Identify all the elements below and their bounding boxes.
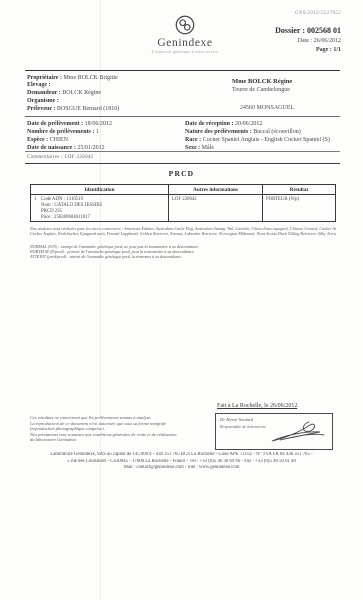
results-table-row: 1 Code ADN : 1310519 Nom : GATALO DES JE… xyxy=(31,195,335,221)
results-table-header: Identification Autres informations Résul… xyxy=(31,185,335,195)
owner-value: Mme BOLCK Brigitte xyxy=(63,75,117,81)
species-label: Espèce : xyxy=(27,137,48,143)
sampler-value: BOSGUE Bernard (1810) xyxy=(57,106,119,112)
footer-line1: Laboratoire Genindexe, SAS au capital de… xyxy=(0,452,363,457)
signature-box: Dr Hervé Soulard Responsable de laborato… xyxy=(215,413,333,450)
sampler-line: Préleveur : BOSGUE Bernard (1810) xyxy=(27,106,119,112)
organization-label: Organisme : xyxy=(27,98,59,104)
disclaimer-line3: (reproduction photographique comprise). xyxy=(30,426,105,431)
column-header-result: Résultat xyxy=(263,185,335,194)
header-divider xyxy=(25,70,340,71)
document-date: Date : 26/06/2012 xyxy=(298,38,341,44)
sample-nature-value: Buccal (écouvillon) xyxy=(253,129,300,135)
lof-id-note: Commentaires : LOF 226042 xyxy=(27,155,93,160)
kennel-label: Elevage : xyxy=(27,82,51,88)
row-number: 1 xyxy=(34,197,41,219)
sample-count-line: Nombre de prélèvements : 1 xyxy=(27,129,99,135)
results-divider xyxy=(25,163,340,164)
column-header-other-info: Autres informations xyxy=(169,185,263,194)
sample-count-value: 1 xyxy=(96,129,99,135)
identification-lines: Code ADN : 1310519 Nom : GATALO DES JESS… xyxy=(41,197,102,219)
sampling-date-label: Date de prélèvement : xyxy=(27,121,83,127)
section-divider xyxy=(25,116,340,117)
column-header-identification: Identification xyxy=(31,185,169,194)
breeds-note-line2: Cocker Anglais, Entlebucher, Epagneul na… xyxy=(30,231,336,236)
other-info-cell: LOF 226042 xyxy=(169,195,263,221)
identification-cell: 1 Code ADN : 1310519 Nom : GATALO DES JE… xyxy=(31,195,169,221)
page-number: Page : 1/1 xyxy=(316,47,341,53)
requester-label: Demandeur : xyxy=(27,90,61,96)
sampler-label: Préleveur : xyxy=(27,106,55,112)
breed-line: Race : Cocker Spaniel Anglais - English … xyxy=(185,137,330,143)
requester-value: BOLCK Régine xyxy=(62,90,101,96)
breed-value: Cocker Spaniel Anglais - English Cocker … xyxy=(203,137,330,143)
owner-label: Propriétaire : xyxy=(27,75,62,81)
legend-affected: ATTEINT (prcd/prcd) : atteint de l'anoma… xyxy=(30,254,350,259)
scan-reference: GNS/2012/2527952 xyxy=(295,11,341,16)
microchip-number: Puce : 250269604611817 xyxy=(41,215,102,221)
disclaimer-line5: du laboratoire Genindexe. xyxy=(30,437,77,442)
signatory-name: Dr Hervé Soulard xyxy=(220,417,253,422)
logo-circle-icon xyxy=(174,14,196,36)
genindexe-logo: Genindexe L'expertise génétique à votre … xyxy=(138,14,232,54)
lab-report-page: GNS/2012/2527952 Dossier : 002568 01 Dat… xyxy=(0,0,363,600)
organization-line: Organisme : xyxy=(27,98,59,104)
sampling-date-value: 18/06/2012 xyxy=(85,121,112,127)
reception-date-line: Date de réception : 20/06/2012 xyxy=(185,121,262,127)
addressee-city: 24560 MONSAGUEL xyxy=(240,105,294,111)
breed-label: Race : xyxy=(185,137,201,143)
species-value: CHIEN xyxy=(50,137,68,143)
requester-line: Demandeur : BOLCK Régine xyxy=(27,90,101,96)
disclaimer-line1: Ces résultats ne concernent que les prél… xyxy=(30,415,151,420)
test-section-title: PRCD xyxy=(0,169,363,178)
reception-date-value: 20/06/2012 xyxy=(235,121,262,127)
addressee-name: Mme BOLCK Régine xyxy=(232,78,292,85)
results-table: Identification Autres informations Résul… xyxy=(30,184,336,222)
sampling-date-line: Date de prélèvement : 18/06/2012 xyxy=(27,121,112,127)
owner-line: Propriétaire : Mme BOLCK Brigitte xyxy=(27,75,118,81)
sample-nature-label: Nature des prélèvements : xyxy=(185,129,252,135)
footer-line2: 5 rue des Courilliers - CS30045 - 17000 … xyxy=(0,459,363,464)
footer-line3: Mail : contact@genindexe.com - Site : ww… xyxy=(0,465,363,470)
kennel-line: Elevage : xyxy=(27,82,51,88)
species-line: Espèce : CHIEN xyxy=(27,137,68,143)
logo-name: Genindexe xyxy=(138,37,232,49)
addressee-street: Tourre de Cambelongue xyxy=(232,87,290,93)
sample-count-label: Nombre de prélèvements : xyxy=(27,129,94,135)
result-cell: PORTEUR (N/p) xyxy=(263,195,335,221)
signature-icon xyxy=(257,418,329,446)
logo-tagline: L'expertise génétique à votre service xyxy=(138,50,232,54)
thin-divider xyxy=(25,151,340,152)
dossier-number: Dossier : 002568 01 xyxy=(275,26,341,35)
reception-date-label: Date de réception : xyxy=(185,121,233,127)
sample-nature-line: Nature des prélèvements : Buccal (écouvi… xyxy=(185,129,301,135)
place-and-date: Fait à La Rochelle, le 26/06/2012 xyxy=(217,403,297,409)
